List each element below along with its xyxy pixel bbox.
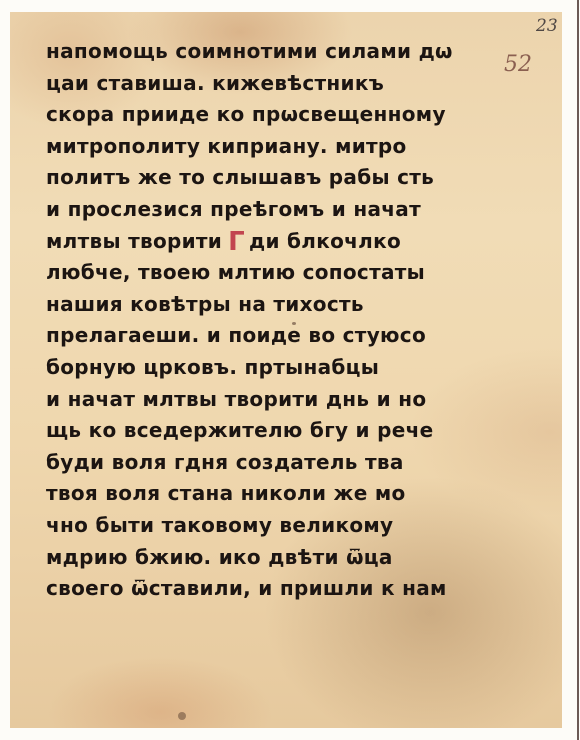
text-line: нашия ковѣтры на тихость — [46, 289, 516, 321]
text-line: скора прииде ко прѡсвещенному — [46, 99, 516, 131]
line-text: своего ѿставили, и пришли к нам — [46, 576, 447, 600]
line-text: митрополиту киприану. митро — [46, 134, 407, 158]
line-text: политъ же то слышавъ рабы сть — [46, 165, 434, 189]
line-text: любче, твоею млтию сопостаты — [46, 260, 425, 284]
text-line: и начат млтвы творити днь и но — [46, 384, 516, 416]
line-text: напомощь соимнотими силами дѡ — [46, 39, 453, 63]
rubric-initial: Г — [228, 227, 245, 259]
text-line: прелагаеши. и поиде во стуюсо — [46, 320, 516, 352]
line-text: и начат млтвы творити днь и но — [46, 387, 426, 411]
line-text: чно быти таковому великому — [46, 513, 393, 537]
line-text: и прослезися преѣгомъ и начат — [46, 197, 421, 221]
text-line: своего ѿставили, и пришли к нам — [46, 573, 516, 605]
text-line: щь ко вседержителю бгу и рече — [46, 415, 516, 447]
text-line: чно быти таковому великому — [46, 510, 516, 542]
text-line: любче, твоею млтию сопостаты — [46, 257, 516, 289]
text-line-with-initial: млтвы творитиГди блкочлко — [46, 226, 516, 258]
line-text: скора прииде ко прѡсвещенному — [46, 102, 446, 126]
line-text: мдрию бжию. ико двѣти ѿца — [46, 545, 393, 569]
text-line: цаи ставиша. кижевѣстникъ — [46, 68, 516, 100]
text-line: мдрию бжию. ико двѣти ѿца — [46, 542, 516, 574]
photo-border-line — [577, 0, 579, 740]
line-text: прелагаеши. и поиде во стуюсо — [46, 323, 426, 347]
paper-stain-spot — [178, 712, 186, 720]
text-line: митрополиту киприану. митро — [46, 131, 516, 163]
line-text: щь ко вседержителю бгу и рече — [46, 418, 434, 442]
line-text: борную црковъ. пртынабцы — [46, 355, 379, 379]
text-line: буди воля гдня создатель тва — [46, 447, 516, 479]
manuscript-page: 23 52 напомощь соимнотими силами дѡ цаи … — [10, 12, 562, 728]
text-line: борную црковъ. пртынабцы — [46, 352, 516, 384]
line-text: твоя воля стана николи же мо — [46, 481, 406, 505]
text-line: и прослезися преѣгомъ и начат — [46, 194, 516, 226]
line-text: млтвы творити — [46, 229, 222, 253]
text-line: политъ же то слышавъ рабы сть — [46, 162, 516, 194]
line-text: цаи ставиша. кижевѣстникъ — [46, 71, 384, 95]
folio-number-primary: 23 — [536, 16, 558, 36]
line-text-continued: ди блкочлко — [249, 229, 401, 253]
text-line: напомощь соимнотими силами дѡ — [46, 36, 516, 68]
line-text: буди воля гдня создатель тва — [46, 450, 404, 474]
text-line: твоя воля стана николи же мо — [46, 478, 516, 510]
manuscript-text-block: напомощь соимнотими силами дѡ цаи ставиш… — [46, 36, 516, 605]
paper-stain-spot — [292, 322, 296, 325]
line-text: нашия ковѣтры на тихость — [46, 292, 364, 316]
